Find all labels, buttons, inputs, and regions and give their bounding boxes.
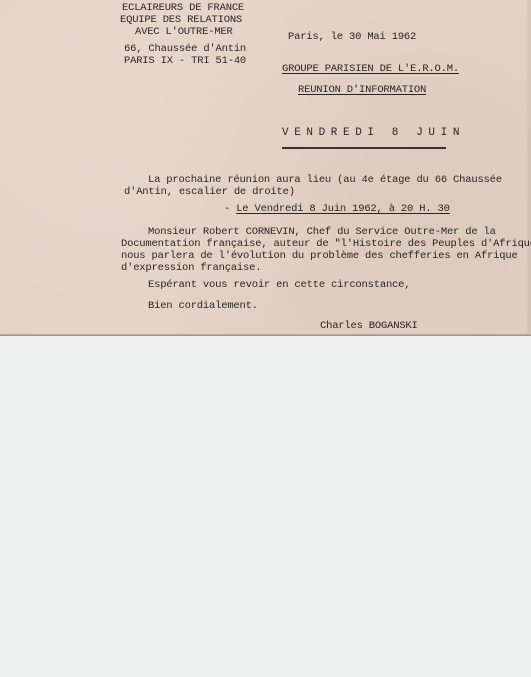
date-line-text: Le Vendredi 8 Juin 1962, à 20 H. 30: [236, 203, 450, 215]
letterhead-line3: AVEC L'OUTRE-MER: [135, 26, 233, 38]
para1-line1: La prochaine réunion aura lieu (au 4e ét…: [148, 174, 502, 186]
paper-edge: [525, 0, 531, 334]
heading-meeting: REUNION D'INFORMATION: [298, 84, 426, 96]
closing-line2: Bien cordialement.: [148, 300, 258, 312]
letterhead-address1: 66, Chaussée d'Antin: [124, 43, 246, 55]
letterhead-address2: PARIS IX - TRI 51-40: [124, 55, 246, 67]
para2-line4: d'expression française.: [121, 262, 261, 274]
para2-line1: Monsieur Robert CORNEVIN, Chef du Servic…: [148, 226, 496, 238]
heading-group: GROUPE PARISIEN DE L'E.R.O.M.: [282, 63, 459, 75]
date-line-dash: -: [224, 203, 236, 215]
para1-line2: d'Antin, escalier de droite): [124, 186, 295, 198]
event-day-heading: VENDREDI 8 JUIN: [282, 127, 465, 139]
date-line: - Le Vendredi 8 Juin 1962, à 20 H. 30: [224, 203, 450, 215]
event-day-rule: [282, 147, 446, 149]
letterhead-line2: EQUIPE DES RELATIONS: [120, 14, 242, 26]
dateline: Paris, le 30 Mai 1962: [288, 31, 416, 43]
letterhead-line1: ECLAIREURS DE FRANCE: [122, 2, 244, 14]
letter-page: ECLAIREURS DE FRANCE EQUIPE DES RELATION…: [0, 0, 531, 335]
para2-line3: nous parlera de l'évolution du problème …: [121, 250, 518, 262]
signature: Charles BOGANSKI: [320, 320, 418, 332]
closing-line1: Espérant vous revoir en cette circonstan…: [148, 279, 410, 291]
para2-line2: Documentation française, auteur de "l'Hi…: [121, 238, 531, 250]
